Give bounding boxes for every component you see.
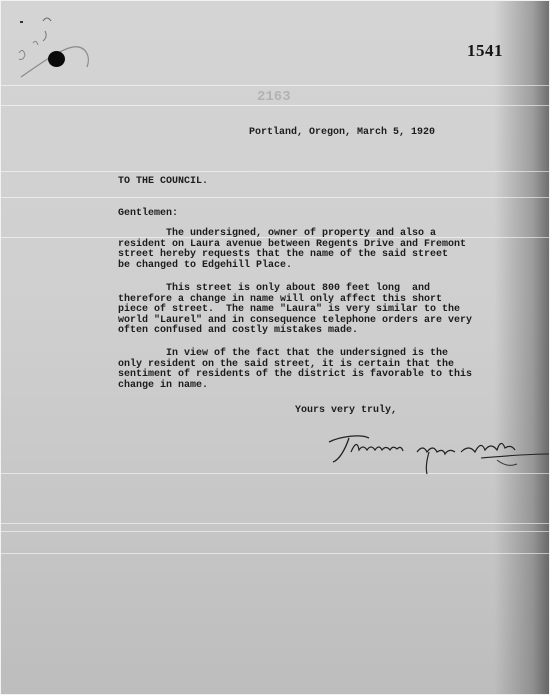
letter-dateline: Portland, Oregon, March 5, 1920 — [249, 127, 435, 138]
scan-artifact-line — [1, 531, 550, 532]
page-number: 1541 — [467, 41, 503, 61]
scanned-letter-page: 1541 2163 Portland, Oregon, March 5, 192… — [0, 0, 550, 695]
scan-artifact-line — [1, 523, 550, 524]
letter-closing: Yours very truly, — [295, 405, 397, 416]
signature-icon — [321, 426, 550, 476]
letter-paragraph-3: In view of the fact that the undersigned… — [118, 349, 518, 391]
scan-artifact-line — [1, 197, 550, 198]
pin-head-icon — [48, 51, 65, 67]
scan-artifact-line — [1, 171, 550, 172]
bleed-through-stamp: 2163 — [257, 89, 291, 105]
handwritten-signature — [321, 426, 550, 476]
letter-paragraph-1: The undersigned, owner of property and a… — [118, 229, 518, 271]
scan-artifact-line — [1, 553, 550, 554]
letter-salutation: Gentlemen: — [118, 208, 178, 219]
scan-artifact-line — [1, 105, 550, 106]
letter-paragraph-2: This street is only about 800 feet long … — [118, 284, 518, 337]
letter-addressee: TO THE COUNCIL. — [118, 176, 208, 187]
pin-and-handwriting-icon — [1, 1, 101, 81]
scan-artifact-line — [1, 85, 550, 86]
